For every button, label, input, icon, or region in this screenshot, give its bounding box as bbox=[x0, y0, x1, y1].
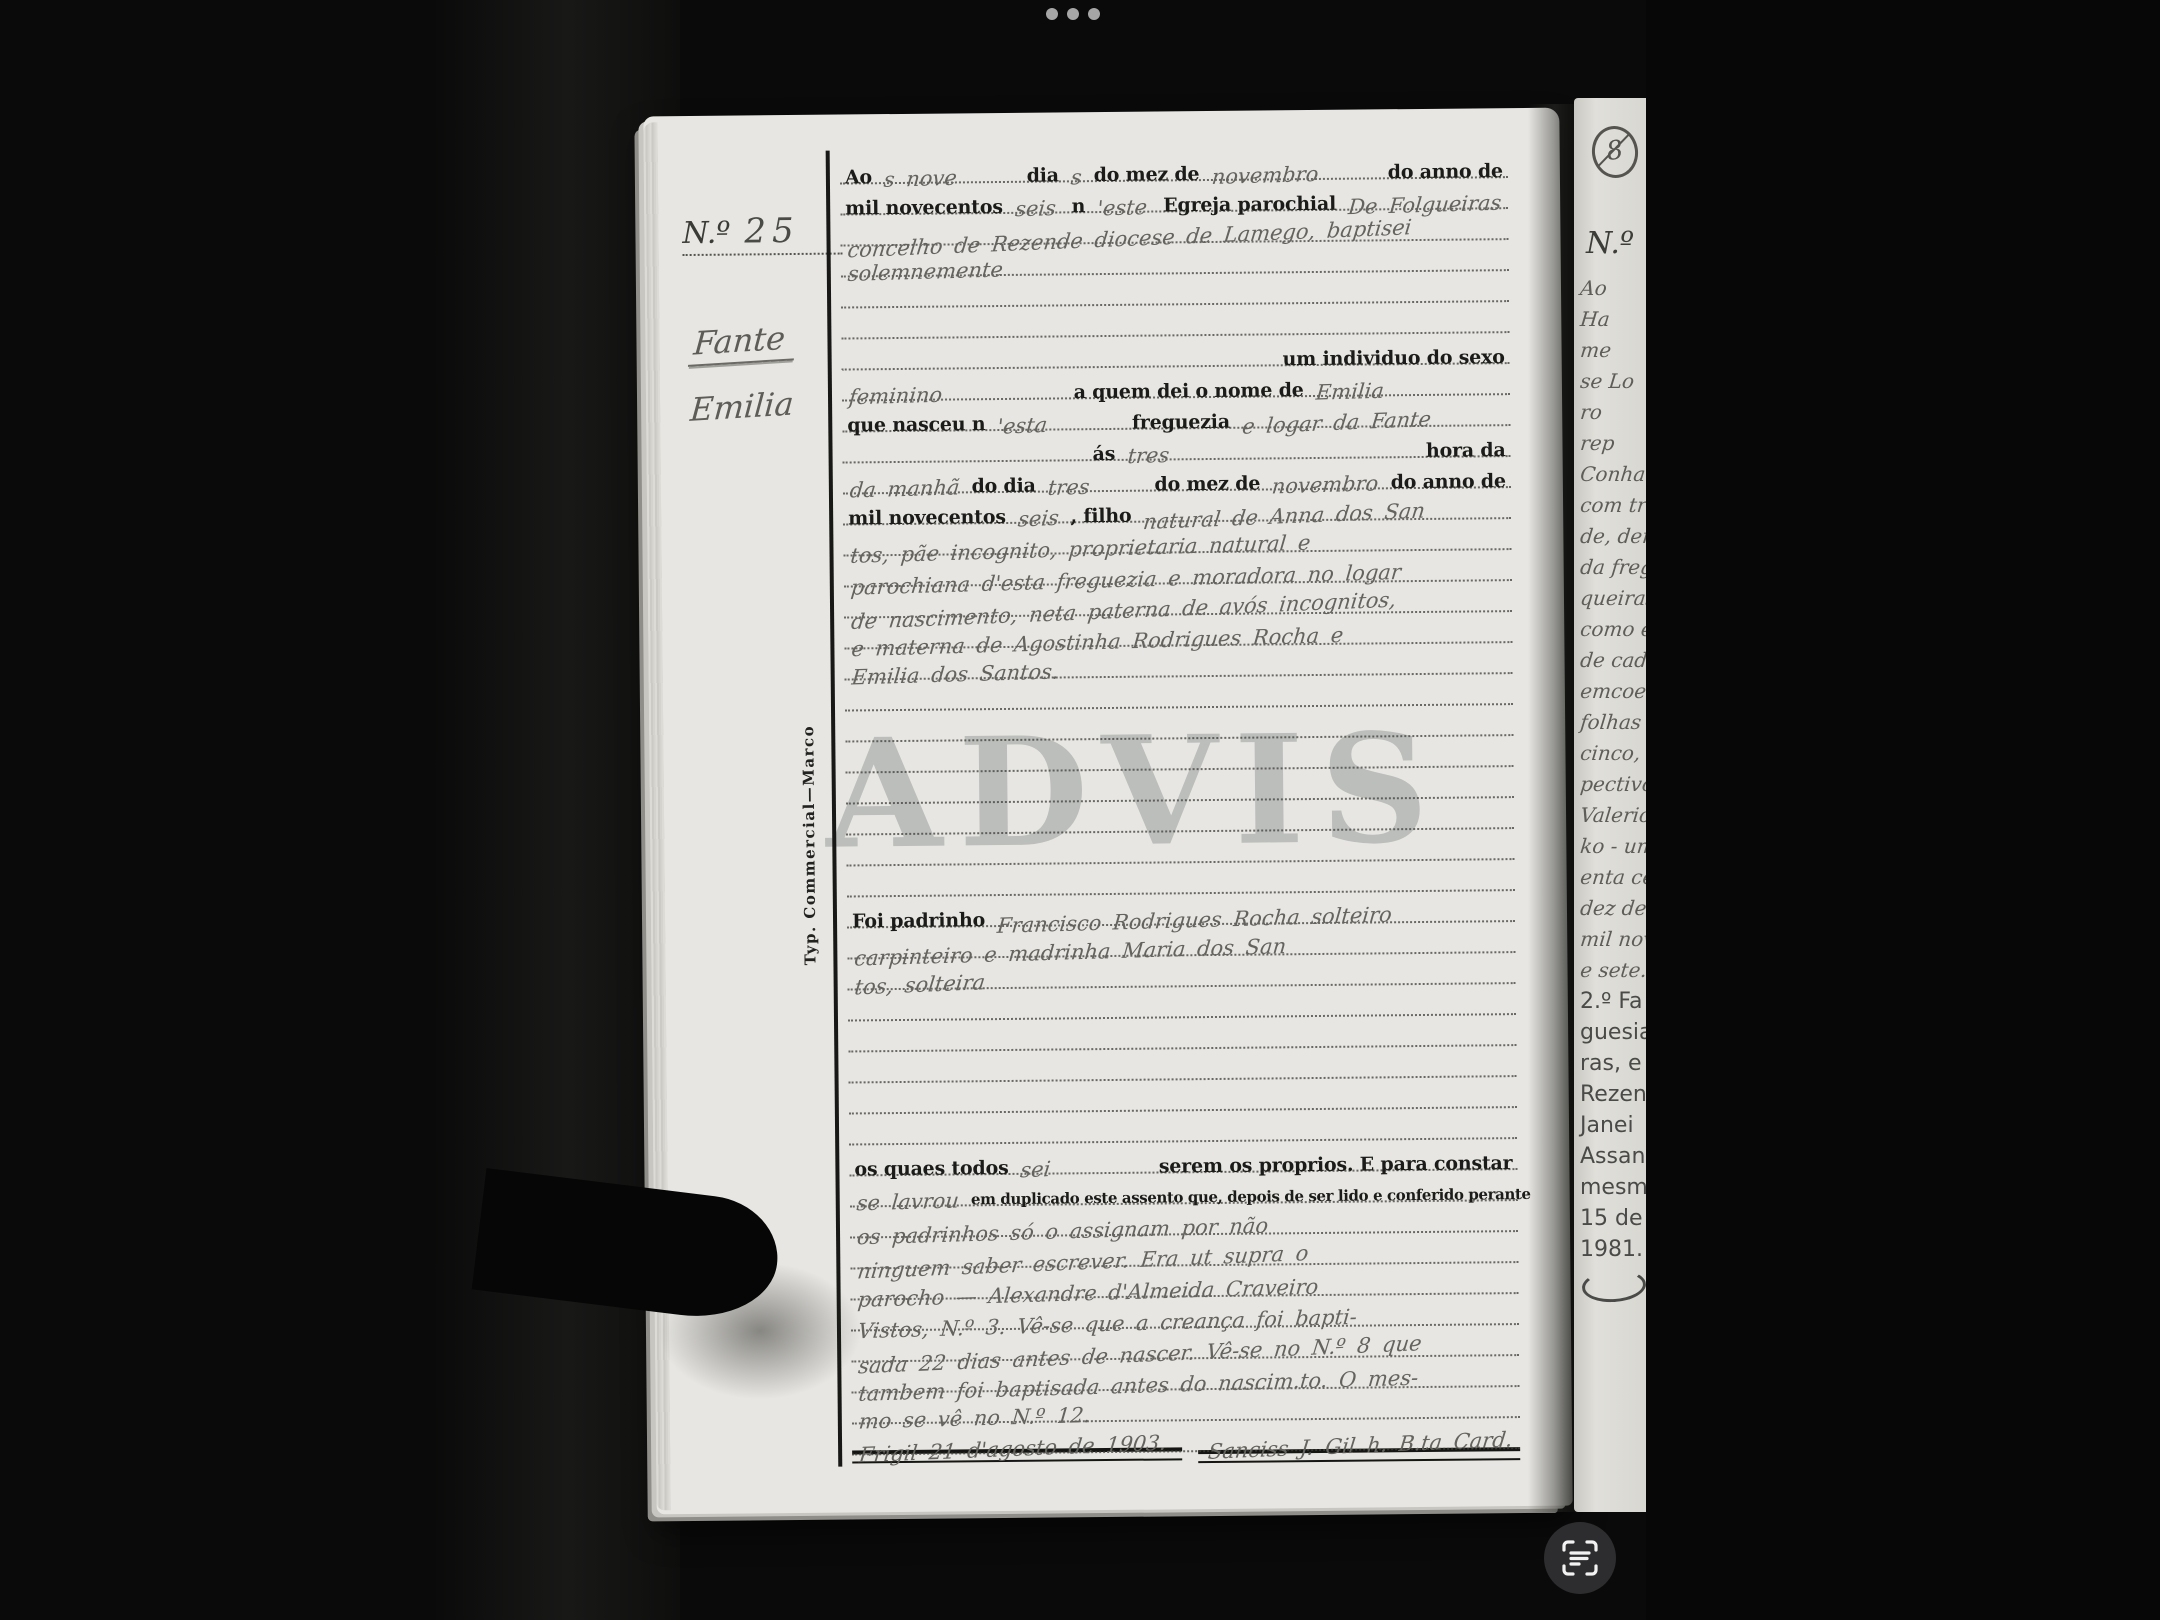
handwritten-entry: seis bbox=[1007, 196, 1064, 222]
form-line: se lavrouem duplicado este assento que, … bbox=[850, 1175, 1518, 1212]
handwritten-entry: solemnemente bbox=[840, 257, 1011, 286]
handwritten-fragment: cinco, p bbox=[1578, 741, 1646, 772]
printed-label: que nasceu n bbox=[842, 412, 990, 437]
handwritten-fragment: queiras bbox=[1578, 586, 1646, 617]
handwritten-fragment: ro bbox=[1578, 400, 1646, 431]
printer-imprint: Typ. Commercial—Marco bbox=[799, 725, 819, 966]
printed-label: Foi padrinho bbox=[847, 908, 990, 933]
handwritten-entry: tres bbox=[1040, 475, 1098, 501]
handwritten-entry: feminino bbox=[841, 382, 950, 409]
handwritten-fragment: guesia bbox=[1580, 1020, 1646, 1051]
printed-label: serem os proprios. E para constar bbox=[1154, 1151, 1518, 1178]
handwritten-entry: Emilia bbox=[1308, 378, 1392, 404]
handwritten-fragment: mesm bbox=[1580, 1175, 1646, 1206]
handwritten-fragment: Assan bbox=[1580, 1144, 1646, 1175]
printed-label: Egreja parochial bbox=[1158, 192, 1341, 218]
handwritten-entry: 'este bbox=[1089, 195, 1155, 221]
form-line: da manhãdo diatresdo mez denovembrodo an… bbox=[843, 462, 1511, 499]
handwritten-fragment: 15 de bbox=[1580, 1206, 1646, 1237]
handwritten-fragment: da freg bbox=[1578, 555, 1646, 586]
printed-label: hora da bbox=[1421, 438, 1511, 463]
handwritten-entry: Frigil 21 d'agosto de 1903. bbox=[851, 1430, 1175, 1467]
handwritten-fragment: como eo bbox=[1578, 617, 1646, 648]
handwritten-fragment: dez de bbox=[1578, 896, 1646, 927]
background-right bbox=[1646, 0, 2160, 1620]
printed-label: os quaes todos bbox=[849, 1156, 1013, 1182]
book-gutter-shadow bbox=[1528, 104, 1576, 1512]
record-number: N.º25 bbox=[682, 211, 842, 257]
printed-label: mil novecentos bbox=[840, 195, 1008, 221]
handwritten-entry: da manhã bbox=[842, 475, 968, 503]
margin-name-note: Fante bbox=[688, 318, 797, 367]
register-form: Aos novediasdo mez denovembrodo anno dem… bbox=[840, 152, 1520, 1460]
handwritten-fragment: Conhan bbox=[1578, 462, 1646, 493]
printed-label: ás bbox=[1088, 442, 1121, 466]
printed-label: do dia bbox=[966, 474, 1040, 499]
next-page-sliver: 8 N.º AoHamese LororepConhancom trede, d… bbox=[1574, 98, 1646, 1512]
handwritten-fragment: com tre bbox=[1578, 493, 1646, 524]
photo-viewer: ADVIS N.º25 Fante Emilia Typ. Commercial… bbox=[0, 0, 2160, 1620]
handwritten-entry: sei bbox=[1012, 1157, 1059, 1183]
handwritten-fragment: Valerio bbox=[1578, 803, 1646, 834]
more-options-dot bbox=[1088, 8, 1100, 20]
printed-label: n bbox=[1066, 194, 1090, 218]
form-line: os quaes todosseiserem os proprios. E pa… bbox=[849, 1144, 1517, 1181]
handwritten-entry: 'esta bbox=[989, 412, 1056, 439]
printed-label: um individuo do sexo bbox=[1277, 345, 1509, 371]
handwritten-entry: novembro bbox=[1264, 471, 1387, 499]
handwritten-fragment: Rezend bbox=[1580, 1082, 1646, 1113]
text-scan-icon bbox=[1559, 1537, 1601, 1579]
handwritten-fragment: de cadan bbox=[1578, 648, 1646, 679]
handwritten-entry: se lavrou bbox=[849, 1188, 967, 1215]
form-line: Aos novediasdo mez denovembrodo anno de bbox=[840, 152, 1508, 189]
text-scan-button[interactable] bbox=[1544, 1522, 1616, 1594]
printed-label: do anno de bbox=[1383, 159, 1508, 184]
printed-label: do anno de bbox=[1386, 469, 1511, 494]
handwritten-entry: s nove bbox=[876, 165, 965, 192]
handwritten-fragment: e sete. bbox=[1578, 958, 1646, 989]
printed-label: do mez de bbox=[1149, 471, 1265, 496]
handwritten-entry: De Folgueiras bbox=[1340, 190, 1509, 219]
handwritten-fragment: me bbox=[1578, 338, 1646, 369]
handwritten-entry: seis bbox=[1009, 505, 1066, 531]
printed-label: , filho bbox=[1065, 504, 1136, 529]
margin-name-note: Emilia bbox=[685, 384, 806, 434]
handwritten-fragment: Ha bbox=[1578, 307, 1646, 338]
handwritten-fragment: de, dem bbox=[1578, 524, 1646, 555]
record-number-underline bbox=[683, 253, 843, 257]
handwritten-fragment: se Lo bbox=[1578, 369, 1646, 400]
record-number-label: N.º bbox=[682, 216, 730, 251]
printed-label: a quem dei o nome de bbox=[1069, 378, 1309, 404]
handwritten-fragment: pectivo bbox=[1578, 772, 1646, 803]
handwritten-fragment: 2.º Fa bbox=[1580, 989, 1646, 1020]
handwritten-fragment: folhas bbox=[1578, 710, 1646, 741]
page-number-mark: 8 bbox=[1589, 123, 1642, 181]
record-number-value: 25 bbox=[730, 211, 800, 252]
handwritten-fragment: ko - um bbox=[1578, 834, 1646, 865]
handwritten-entry: tres bbox=[1119, 443, 1177, 469]
handwritten-entry: s bbox=[1063, 165, 1090, 190]
annotation-oval bbox=[1581, 1268, 1646, 1304]
more-options-dot bbox=[1067, 8, 1079, 20]
handwritten-fragment: enta cen bbox=[1578, 865, 1646, 896]
more-options-button[interactable] bbox=[1046, 8, 1100, 20]
form-line: um individuo do sexo bbox=[842, 338, 1510, 375]
handwritten-fragment: Janei bbox=[1580, 1113, 1646, 1144]
printed-label: dia bbox=[1022, 163, 1064, 187]
handwritten-fragment: emcoen bbox=[1578, 679, 1646, 710]
printed-label: mil novecentos bbox=[843, 505, 1011, 531]
printed-label: do mez de bbox=[1089, 162, 1205, 187]
handwritten-fragment: 1981. bbox=[1580, 1237, 1646, 1268]
printed-label: freguezia bbox=[1127, 410, 1235, 435]
more-options-dot bbox=[1046, 8, 1058, 20]
next-record-number-label: N.º bbox=[1586, 226, 1634, 261]
handwritten-fragment: Ao bbox=[1578, 276, 1646, 307]
handwritten-entry: novembro bbox=[1203, 162, 1326, 190]
handwritten-fragment: mil nov bbox=[1578, 927, 1646, 958]
next-page-text-fragments: AoHamese LororepConhancom trede, demda f… bbox=[1580, 276, 1646, 1268]
handwritten-fragment: ras, e bbox=[1580, 1051, 1646, 1082]
printed-label: Ao bbox=[840, 165, 877, 189]
handwritten-fragment: rep bbox=[1578, 431, 1646, 462]
